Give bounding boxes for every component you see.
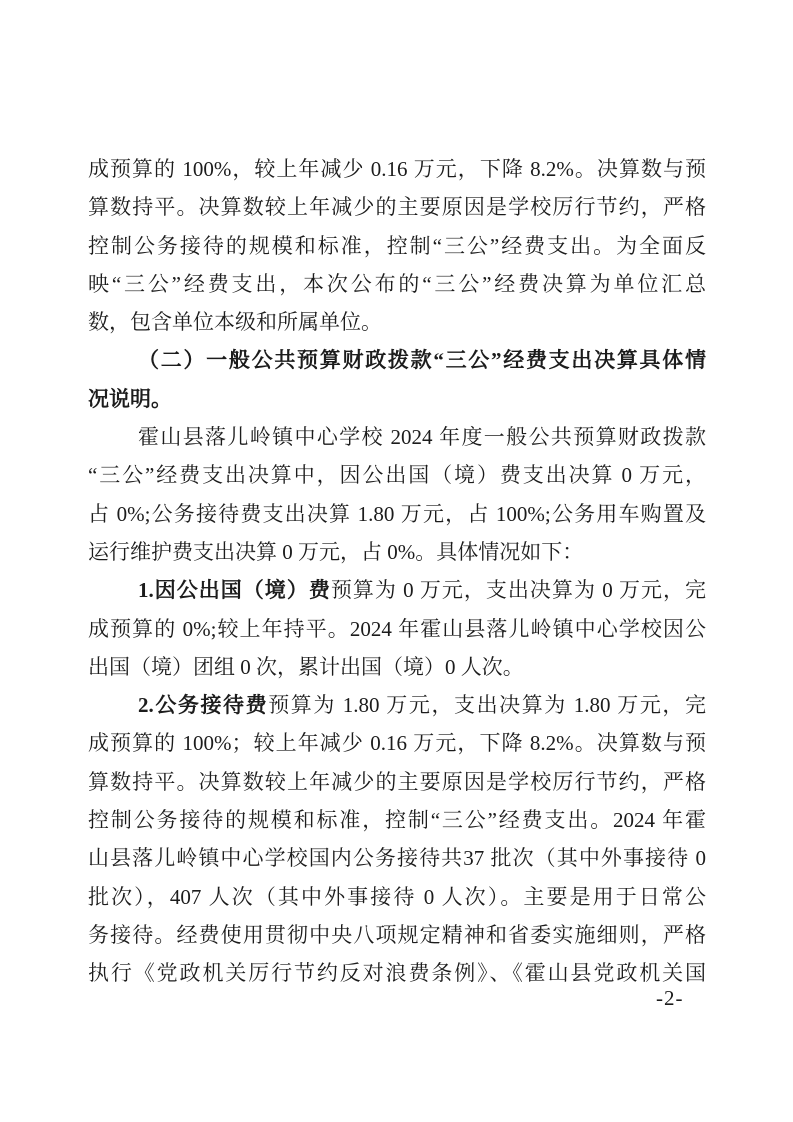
heading-section-two: （二）一般公共预算财政拨款“三公”经费支出决算具体情况说明。 [88, 341, 706, 418]
text-line: 占 0%;公务接待费支出决算 1.80 万元，占 100%;公务用车购置及 [88, 495, 706, 533]
bold-text-segment: （二）一般公共预算财政拨款“三公”经费支出决算具体情 [138, 348, 706, 372]
text-line: 运行维护费支出决算 0 万元，占 0%。具体情况如下： [88, 533, 706, 571]
text-segment: “三公”经费支出决算中，因公出国（境）费支出决算 0 万元， [88, 463, 706, 487]
text-segment: 占 0%;公务接待费支出决算 1.80 万元，占 100%;公务用车购置及 [88, 502, 706, 526]
text-line: 算数持平。决算数较上年减少的主要原因是学校厉行节约，严格 [88, 188, 706, 226]
text-line: 霍山县落儿岭镇中心学校 2024 年度一般公共预算财政拨款 [88, 418, 706, 456]
text-line: 务接待。经费使用贯彻中央八项规定精神和省委实施细则，严格 [88, 916, 706, 954]
text-line: 算数持平。决算数较上年减少的主要原因是学校厉行节约，严格 [88, 763, 706, 801]
text-line: 控制公务接待的规模和标准，控制“三公”经费支出。为全面反 [88, 227, 706, 265]
para-item2-reception-expense: 2.公务接待费预算为 1.80 万元，支出决算为 1.80 万元，完成预算的 1… [88, 686, 706, 992]
text-line: 1.因公出国（境）费预算为 0 万元，支出决算为 0 万元，完 [88, 571, 706, 609]
document-body: 成预算的 100%，较上年减少 0.16 万元，下降 8.2%。决算数与预算数持… [88, 150, 706, 993]
text-line: 出国（境）团组 0 次，累计出国（境）0 人次。 [88, 648, 706, 686]
para-reception-summary-continuation: 成预算的 100%，较上年减少 0.16 万元，下降 8.2%。决算数与预算数持… [88, 150, 706, 341]
text-segment: 成预算的 100%，较上年减少 0.16 万元，下降 8.2%。决算数与预 [88, 157, 706, 181]
text-segment: 算数持平。决算数较上年减少的主要原因是学校厉行节约，严格 [88, 770, 706, 794]
text-segment: 数，包含单位本级和所属单位。 [88, 310, 382, 334]
text-segment: 务接待。经费使用贯彻中央八项规定精神和省委实施细则，严格 [88, 923, 706, 947]
text-line: 成预算的 100%；较上年减少 0.16 万元，下降 8.2%。决算数与预 [88, 724, 706, 762]
text-segment: 映“三公”经费支出，本次公布的“三公”经费决算为单位汇总 [88, 272, 706, 296]
text-line: 况说明。 [88, 380, 706, 418]
text-segment: 执行《党政机关厉行节约反对浪费条例》、《霍山县党政机关国 [88, 961, 706, 985]
page-number: -2- [656, 986, 684, 1011]
text-line: “三公”经费支出决算中，因公出国（境）费支出决算 0 万元， [88, 456, 706, 494]
text-line: 数，包含单位本级和所属单位。 [88, 303, 706, 341]
text-segment: 山县落儿岭镇中心学校国内公务接待共37 批次（其中外事接待 0 [88, 846, 706, 870]
text-segment: 成预算的 0%;较上年持平。2024 年霍山县落儿岭镇中心学校因公 [88, 617, 706, 641]
text-segment: 控制公务接待的规模和标准，控制“三公”经费支出。2024 年霍 [88, 808, 706, 832]
text-line: 成预算的 100%，较上年减少 0.16 万元，下降 8.2%。决算数与预 [88, 150, 706, 188]
text-line: 执行《党政机关厉行节约反对浪费条例》、《霍山县党政机关国 [88, 954, 706, 992]
text-segment: 霍山县落儿岭镇中心学校 2024 年度一般公共预算财政拨款 [138, 425, 706, 449]
text-segment: 出国（境）团组 0 次，累计出国（境）0 人次。 [88, 655, 524, 679]
para-overview-2024: 霍山县落儿岭镇中心学校 2024 年度一般公共预算财政拨款“三公”经费支出决算中… [88, 418, 706, 571]
text-segment: 成预算的 100%；较上年减少 0.16 万元，下降 8.2%。决算数与预 [88, 731, 706, 755]
bold-text-segment: 况说明。 [88, 387, 172, 411]
text-line: 控制公务接待的规模和标准，控制“三公”经费支出。2024 年霍 [88, 801, 706, 839]
text-line: 映“三公”经费支出，本次公布的“三公”经费决算为单位汇总 [88, 265, 706, 303]
text-segment: 运行维护费支出决算 0 万元，占 0%。具体情况如下： [88, 540, 583, 564]
text-segment: 预算为 0 万元，支出决算为 0 万元，完 [331, 578, 706, 602]
text-line: 2.公务接待费预算为 1.80 万元，支出决算为 1.80 万元，完 [88, 686, 706, 724]
document-page: 成预算的 100%，较上年减少 0.16 万元，下降 8.2%。决算数与预算数持… [0, 0, 793, 1122]
text-line: 成预算的 0%;较上年持平。2024 年霍山县落儿岭镇中心学校因公 [88, 610, 706, 648]
text-segment: 批次），407 人次（其中外事接待 0 人次）。主要是用于日常公 [88, 885, 706, 909]
bold-text-segment: 2.公务接待费 [138, 693, 268, 717]
text-segment: 控制公务接待的规模和标准，控制“三公”经费支出。为全面反 [88, 234, 706, 258]
text-line: 山县落儿岭镇中心学校国内公务接待共37 批次（其中外事接待 0 [88, 839, 706, 877]
text-segment: 预算为 1.80 万元，支出决算为 1.80 万元，完 [268, 693, 706, 717]
text-line: 批次），407 人次（其中外事接待 0 人次）。主要是用于日常公 [88, 878, 706, 916]
text-line: （二）一般公共预算财政拨款“三公”经费支出决算具体情 [88, 341, 706, 379]
text-segment: 算数持平。决算数较上年减少的主要原因是学校厉行节约，严格 [88, 195, 706, 219]
bold-text-segment: 1.因公出国（境）费 [138, 578, 331, 602]
para-item1-abroad-expense: 1.因公出国（境）费预算为 0 万元，支出决算为 0 万元，完成预算的 0%;较… [88, 571, 706, 686]
